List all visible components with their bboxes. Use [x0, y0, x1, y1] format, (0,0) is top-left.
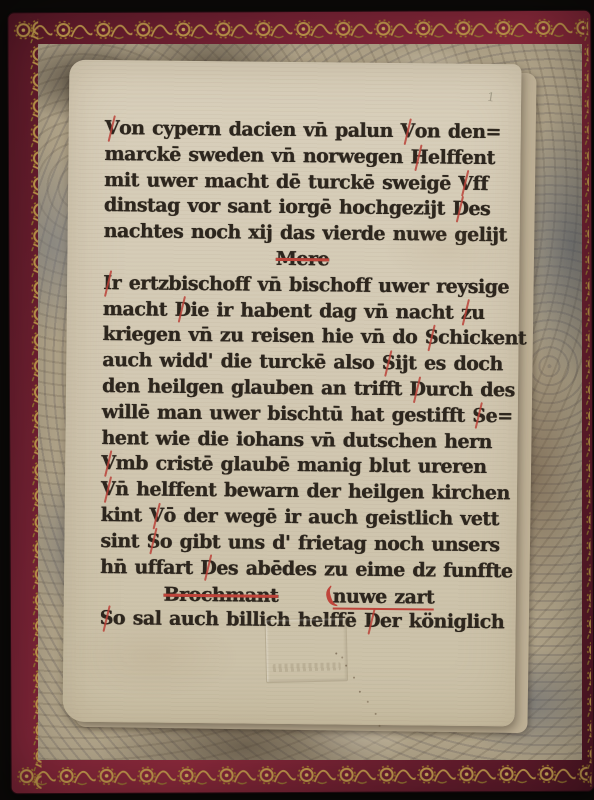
blind-stamp	[265, 617, 349, 683]
photo-background: 1 Von cypern dacien vn̄ palun Von den=ma…	[0, 0, 594, 800]
ink-speckles	[335, 652, 337, 654]
text-line: Von cypern dacien vn̄ palun Von den=	[105, 116, 503, 146]
text-line: marckē sweden vn̄ norwegen Helffent	[104, 142, 502, 172]
text-line: kint Vō der wegē ir auch geistlich vett	[101, 503, 499, 533]
gold-tooling-bottom	[16, 761, 588, 789]
folio-mark: 1	[486, 90, 496, 105]
text-line: willē man uwer bischtū hat gestifft Se=	[102, 400, 500, 430]
printed-page: 1 Von cypern dacien vn̄ palun Von den=ma…	[63, 60, 522, 727]
text-line: sint So gibt uns d' frietag noch unsers	[100, 529, 498, 559]
text-block: Von cypern dacien vn̄ palun Von den=marc…	[99, 116, 502, 636]
gold-tooling-top	[12, 15, 584, 43]
text-line: den heilgen glauben an trifft Durch des	[102, 374, 500, 404]
text-line: hn̄ uffart Des abēdes zu eime dz funffte	[100, 555, 498, 585]
text-line: Ir ertzbischoff vn̄ bischoff uwer reysig…	[103, 271, 501, 301]
text-line: nachtes noch xij das vierde nuwe gelijt	[104, 219, 502, 249]
